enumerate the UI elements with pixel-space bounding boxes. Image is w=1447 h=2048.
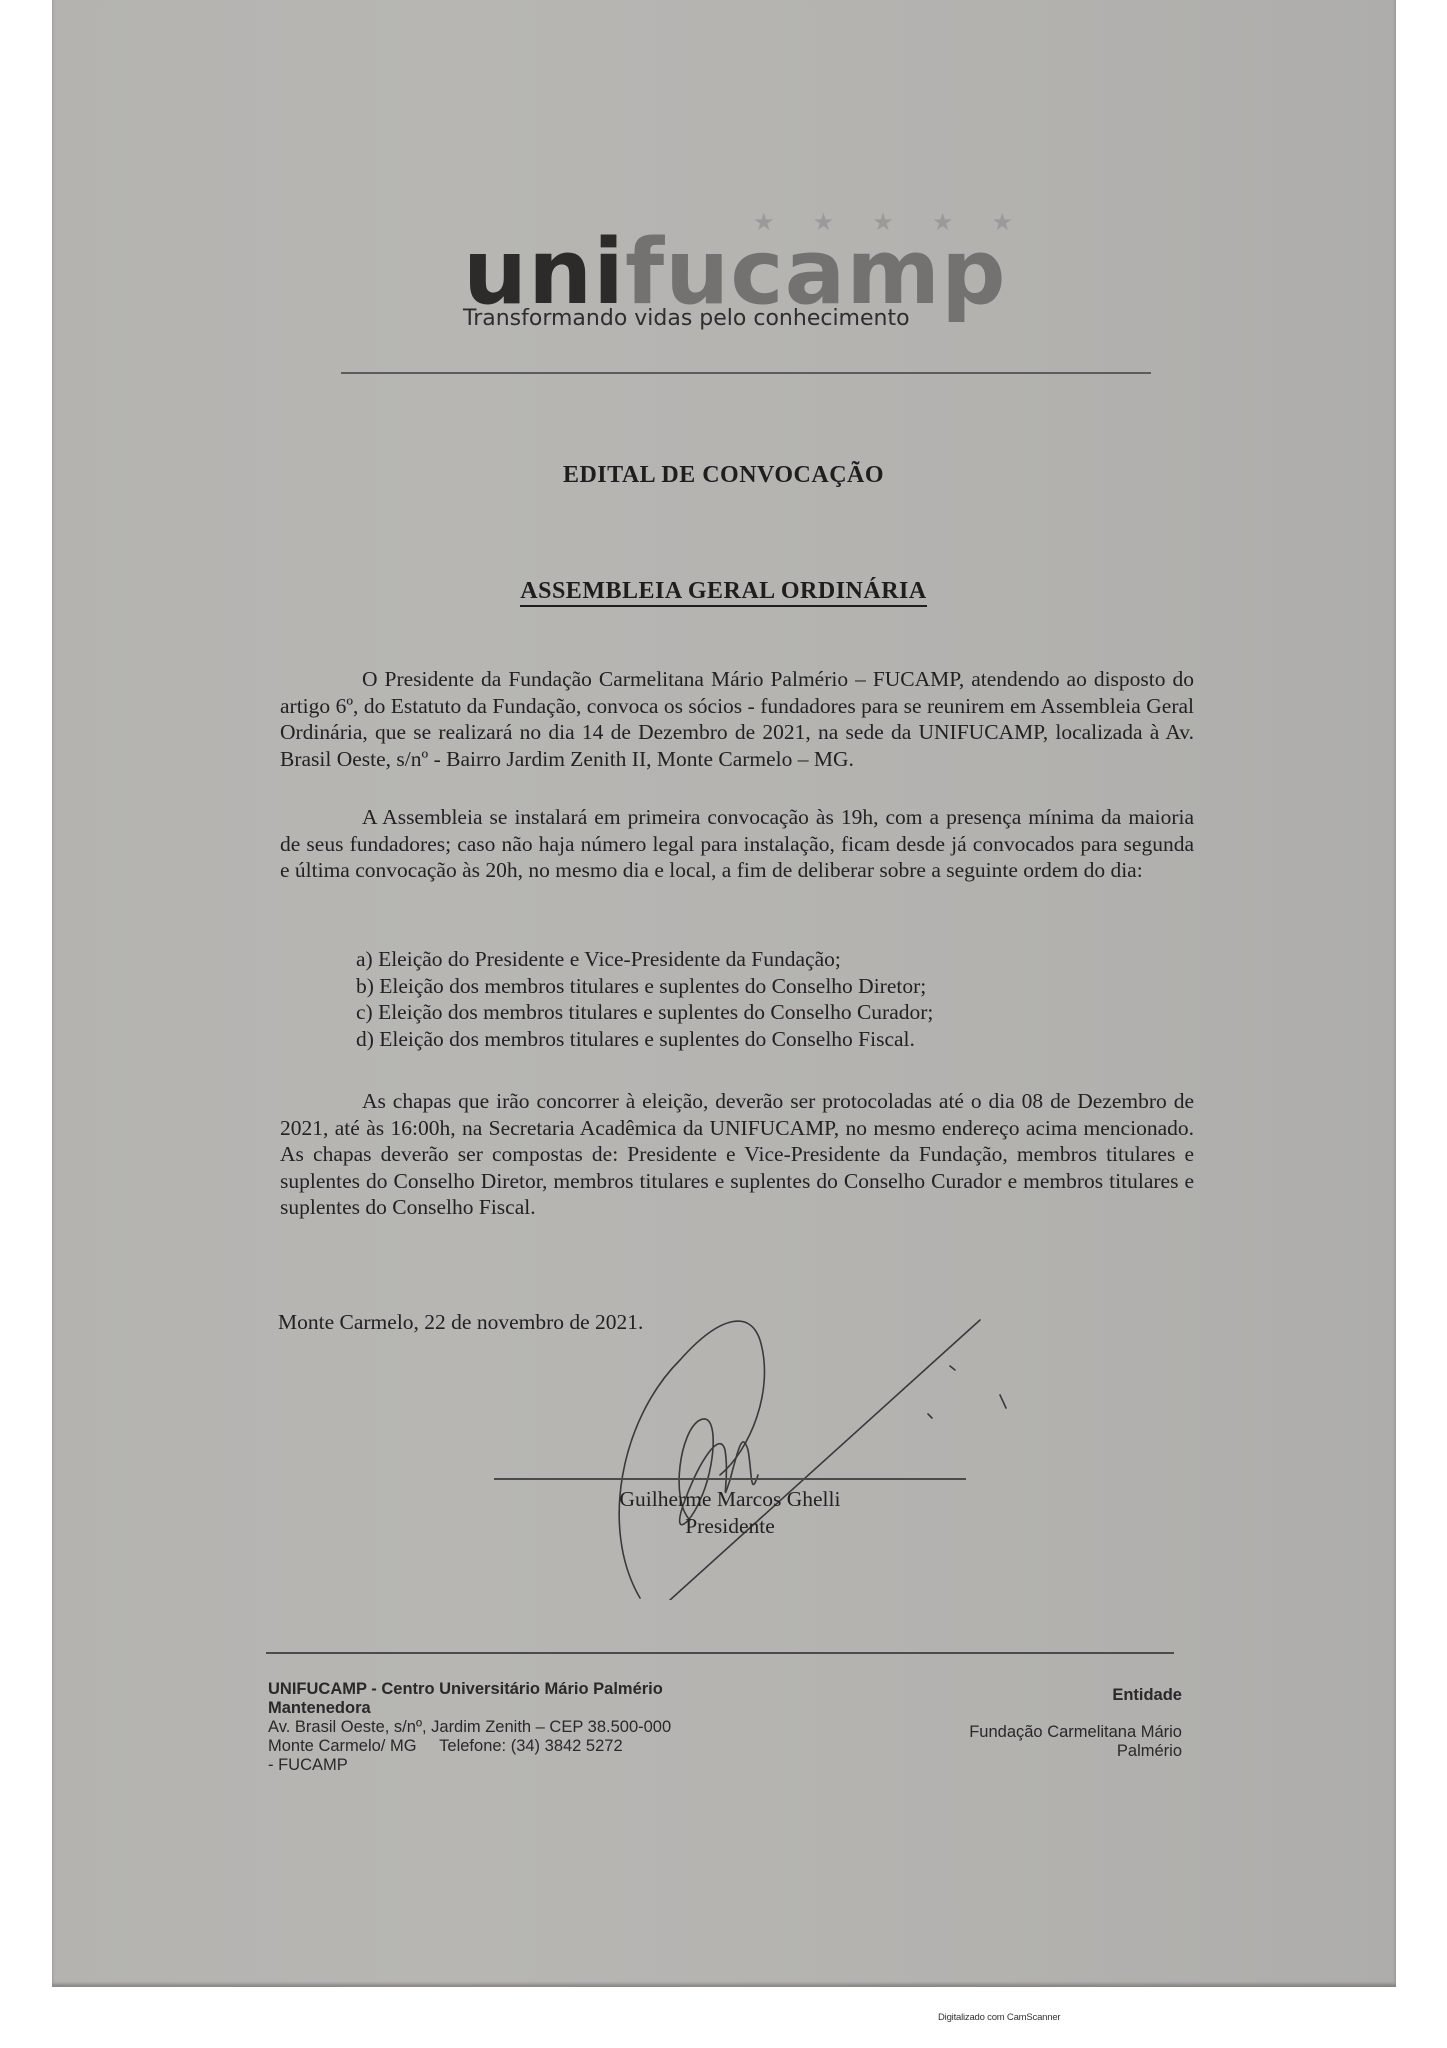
footer-entity-heading: Entidade [900, 1686, 1182, 1705]
unifucamp-logo: ★ ★ ★ ★ ★ unifucamp Transformando vidas … [463, 218, 1033, 348]
footer-divider [266, 1652, 1174, 1654]
footer-institution-name: UNIFUCAMP - Centro Universitário Mário P… [268, 1680, 671, 1699]
signature-line [494, 1478, 966, 1480]
header-divider [341, 372, 1151, 374]
paragraph-installation: A Assembleia se instalará em primeira co… [280, 804, 1194, 884]
agenda-item: b) Eleição dos membros titulares e suple… [356, 973, 933, 1000]
signatory-role: Presidente [494, 1514, 966, 1539]
paragraph-text: As chapas que irão concorrer à eleição, … [280, 1088, 1194, 1221]
agenda-item: d) Eleição dos membros titulares e suple… [356, 1026, 933, 1053]
agenda-item: c) Eleição dos membros titulares e suple… [356, 999, 933, 1026]
document-subtitle-text: ASSEMBLEIA GERAL ORDINÁRIA [520, 578, 926, 607]
handwritten-signature [560, 1300, 1020, 1600]
document-title: EDITAL DE CONVOCAÇÃO [0, 462, 1447, 489]
footer-address: Av. Brasil Oeste, s/nº, Jardim Zenith – … [268, 1718, 671, 1737]
footer-entity-info: Entidade Fundação Carmelitana Mário Palm… [900, 1686, 1182, 1761]
footer-entity-name-line1: Fundação Carmelitana Mário [900, 1723, 1182, 1742]
logo-wordmark: unifucamp [463, 228, 1007, 318]
footer-maintainer-name: - FUCAMP [268, 1756, 671, 1775]
footer-city-phone: Monte Carmelo/ MG Telefone: (34) 3842 52… [268, 1737, 671, 1756]
signatory-name: Guilherme Marcos Ghelli [494, 1487, 966, 1512]
paragraph-text: O Presidente da Fundação Carmelitana Már… [280, 666, 1194, 772]
agenda-list: a) Eleição do Presidente e Vice-Presiden… [356, 946, 933, 1052]
document-subtitle: ASSEMBLEIA GERAL ORDINÁRIA [0, 578, 1447, 605]
footer-maintainer-label: Mantenedora [268, 1699, 671, 1718]
paragraph-convocation: O Presidente da Fundação Carmelitana Már… [280, 666, 1194, 772]
paragraph-text: A Assembleia se instalará em primeira co… [280, 804, 1194, 884]
agenda-item: a) Eleição do Presidente e Vice-Presiden… [356, 946, 933, 973]
scanner-watermark: Digitalizado com CamScanner [938, 2012, 1060, 2023]
logo-tagline: Transformando vidas pelo conhecimento [463, 306, 910, 331]
footer-entity-name-line2: Palmério [900, 1742, 1182, 1761]
footer-institution-info: UNIFUCAMP - Centro Universitário Mário P… [268, 1680, 671, 1775]
paragraph-slates: As chapas que irão concorrer à eleição, … [280, 1088, 1194, 1221]
